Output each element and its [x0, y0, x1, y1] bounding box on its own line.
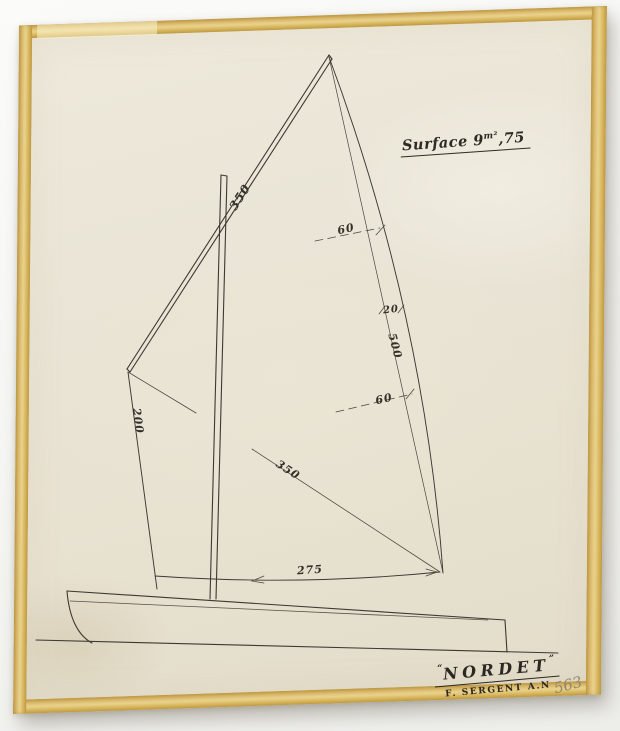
quote-close: ” [549, 654, 555, 664]
tape-strip-left [13, 25, 32, 714]
surface-note-unit: m² [483, 131, 498, 142]
tape-strip-right [586, 6, 607, 695]
dim-leech-round: 20 [383, 304, 400, 317]
drawing-sheet [13, 6, 607, 714]
photo-backdrop: 350 200 60 20 500 60 350 275 Surface 9m²… [0, 0, 620, 731]
dim-foot-length: 275 [297, 563, 324, 578]
tape-patch-top-left [37, 21, 157, 39]
surface-note-decimal: ,75 [498, 129, 526, 148]
